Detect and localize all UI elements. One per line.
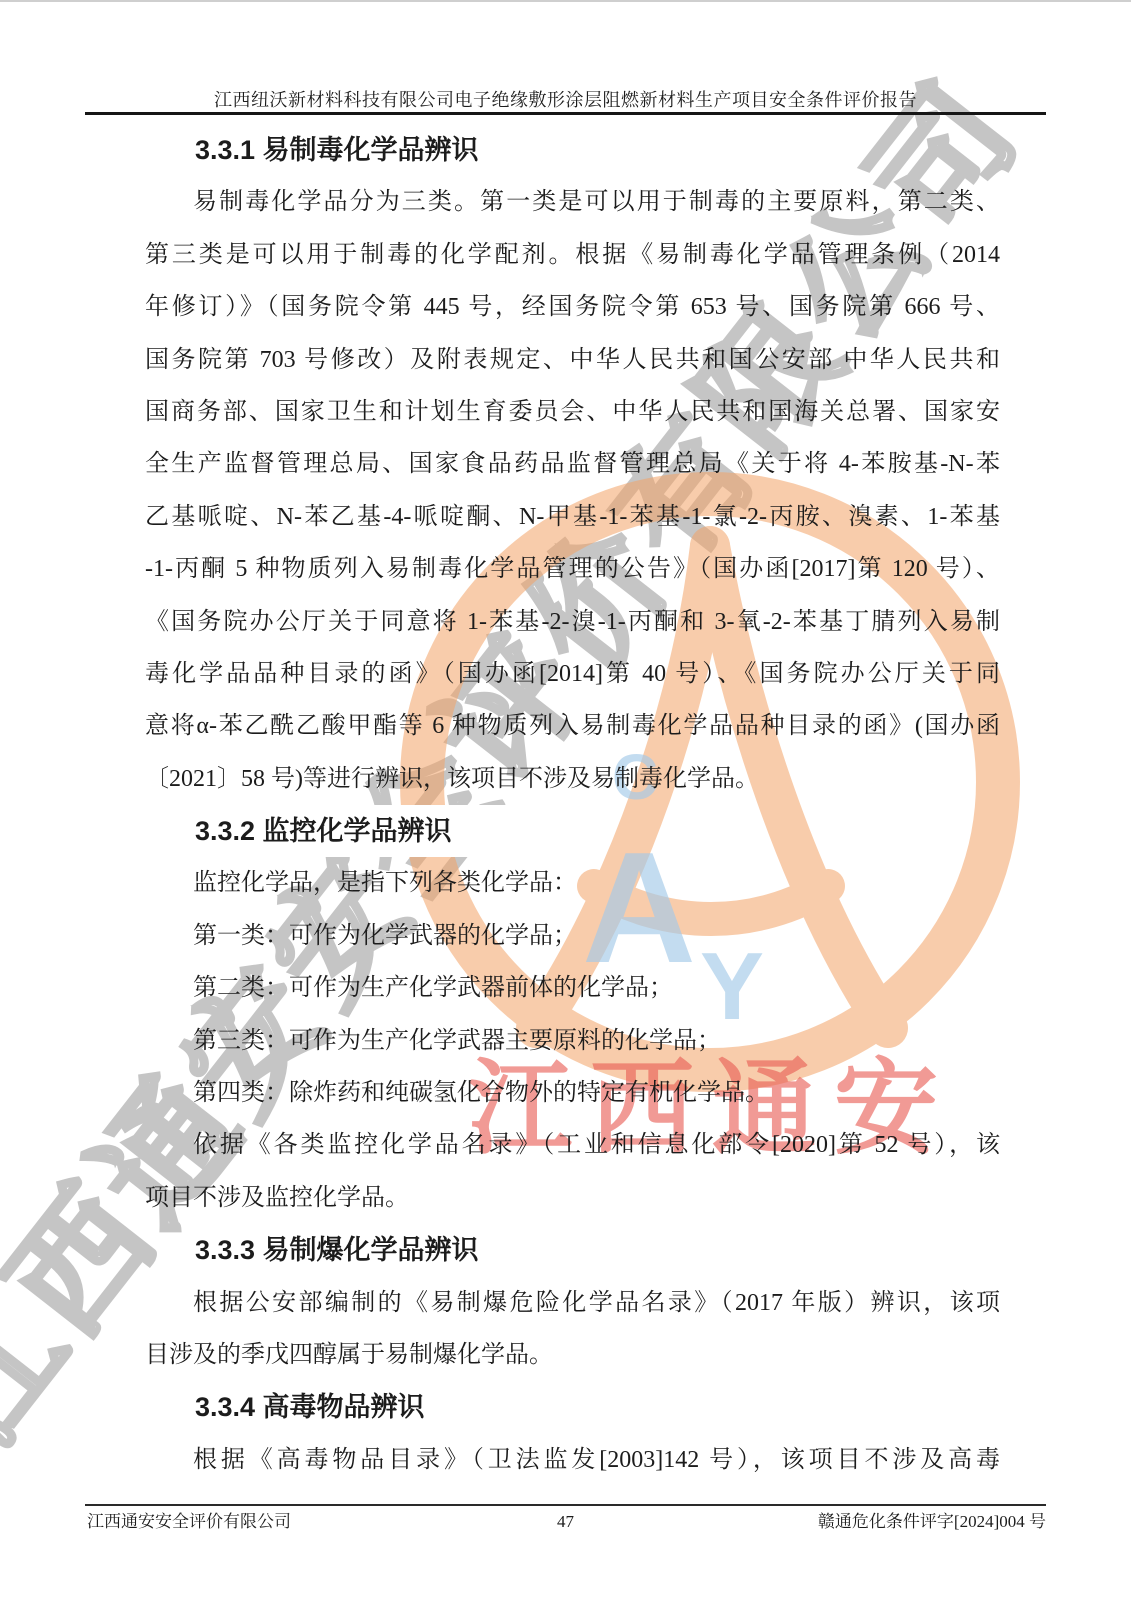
footer-rule	[85, 1504, 1046, 1506]
paragraph-line: 乙基哌啶、N-苯乙基-4-哌啶酮、N-甲基-1-苯基-1-氯-2-丙胺、溴素、1…	[145, 491, 1000, 543]
header-rule	[85, 112, 1046, 115]
paragraph-line: 根据公安部编制的《易制爆危险化学品名录》（2017 年版）辨识，该项	[145, 1277, 1000, 1329]
paragraph-line: -1-丙酮 5 种物质列入易制毒化学品管理的公告》（国办函[2017]第 120…	[145, 543, 1000, 595]
footer-company: 江西通安安全评价有限公司	[87, 1509, 291, 1535]
section-heading: 3.3.3 易制爆化学品辨识	[195, 1224, 624, 1276]
paragraph-line: 第四类：除炸药和纯碳氢化合物外的特定有机化学品。	[145, 1067, 1000, 1119]
paragraph-line: 根据《高毒物品目录》（卫法监发[2003]142 号），该项目不涉及高毒	[145, 1434, 1000, 1486]
paragraph-line: 年修订）》（国务院令第 445 号，经国务院令第 653 号、国务院第 666 …	[145, 281, 1000, 333]
paragraph-line: 依据《各类监控化学品名录》（工业和信息化部令[2020]第 52 号），该	[145, 1119, 1000, 1171]
footer-doc-number: 赣通危化条件评字[2024]004 号	[818, 1509, 1046, 1535]
paragraph-line: 《国务院办公厅关于同意将 1-苯基-2-溴-1-丙酮和 3-氧-2-苯基丁腈列入…	[145, 596, 1000, 648]
document-page: 江西通安安全评价有限公司 C Y A 江西通安 江西纽沃新材料科技有限公司电子绝…	[0, 0, 1131, 1602]
paragraph-line: 毒化学品品种目录的函》（国办函[2014]第 40 号）、《国务院办公厅关于同	[145, 648, 1000, 700]
section-heading: 3.3.1 易制毒化学品辨识	[195, 124, 624, 176]
section-heading: 3.3.2 监控化学品辨识	[195, 805, 597, 857]
header-title: 江西纽沃新材料科技有限公司电子绝缘敷形涂层阻燃新材料生产项目安全条件评价报告	[0, 86, 1131, 112]
footer-page-number: 47	[557, 1509, 574, 1535]
paragraph-line: 第三类：可作为生产化学武器主要原料的化学品；	[145, 1015, 1000, 1067]
paragraph-line: 第三类是可以用于制毒的化学配剂。根据《易制毒化学品管理条例（2014	[145, 229, 1000, 281]
page-footer: 江西通安安全评价有限公司 47 赣通危化条件评字[2024]004 号	[85, 1509, 1046, 1535]
paragraph-line: 第二类：可作为生产化学武器前体的化学品；	[145, 962, 1000, 1014]
paragraph-line: 国商务部、国家卫生和计划生育委员会、中华人民共和国海关总署、国家安	[145, 386, 1000, 438]
paragraph-line: 目涉及的季戊四醇属于易制爆化学品。	[145, 1329, 1000, 1381]
paragraph-line: 国务院第 703 号修改）及附表规定、中华人民共和国公安部 中华人民共和	[145, 334, 1000, 386]
paragraph-line: 意将α-苯乙酰乙酸甲酯等 6 种物质列入易制毒化学品品种目录的函》(国办函	[145, 700, 1000, 752]
paragraph-line: 项目不涉及监控化学品。	[145, 1172, 1000, 1224]
paragraph-line: 〔2021〕58 号)等进行辨识，该项目不涉及易制毒化学品。	[145, 753, 1000, 805]
section-heading: 3.3.4 高毒物品辨识	[195, 1381, 570, 1433]
paragraph-line: 易制毒化学品分为三类。第一类是可以用于制毒的主要原料，第二类、	[145, 176, 1000, 228]
paragraph-line: 监控化学品，是指下列各类化学品：	[145, 857, 1000, 909]
paragraph-line: 全生产监督管理总局、国家食品药品监督管理总局《关于将 4-苯胺基-N-苯	[145, 438, 1000, 490]
paragraph-line: 第一类：可作为化学武器的化学品；	[145, 910, 1000, 962]
document-body: 3.3.1 易制毒化学品辨识易制毒化学品分为三类。第一类是可以用于制毒的主要原料…	[145, 124, 1000, 1486]
